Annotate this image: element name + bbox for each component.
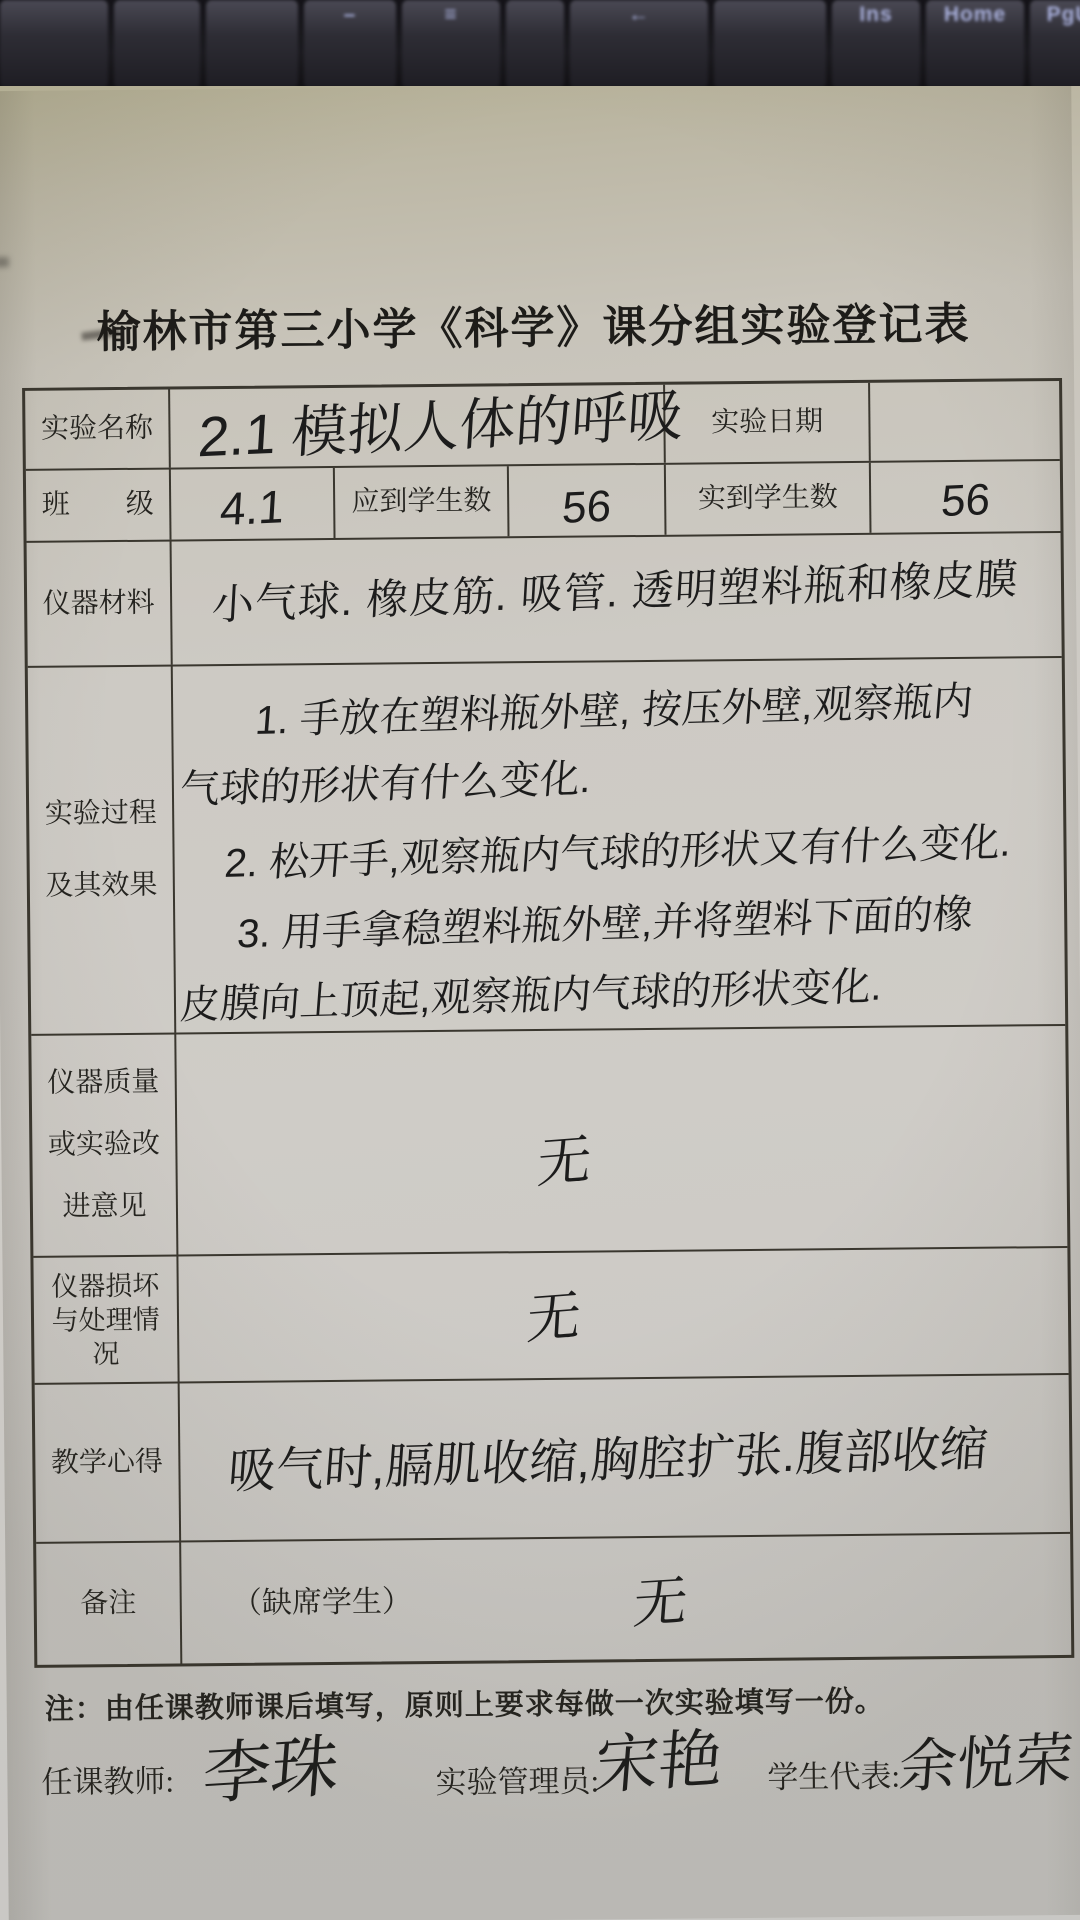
key-label: Ins <box>832 3 920 27</box>
expected-students-handwriting: 56 <box>561 481 613 533</box>
class-value-cell: 4.1 <box>171 468 336 540</box>
row-process: 实验过程 及其效果 1. 手放在塑料瓶外壁, 按压外壁,观察瓶内 气球的形状有什… <box>28 658 1065 1036</box>
remarks-label: 备注 <box>36 1542 182 1664</box>
expected-students-value-cell: 56 <box>509 465 667 537</box>
damage-none-handwriting: 无 <box>525 1272 584 1354</box>
remarks-none-handwriting: 无 <box>631 1558 691 1639</box>
damage-label-line: 况 <box>92 1337 119 1371</box>
actual-students-label: 实到学生数 <box>666 463 871 535</box>
key-label: Home <box>926 3 1024 27</box>
form-title: 榆林市第三小学《科学》课分组实验登记表 <box>0 287 1074 361</box>
process-value-cell: 1. 手放在塑料瓶外壁, 按压外壁,观察瓶内 气球的形状有什么变化. 2. 松开… <box>173 658 1065 1033</box>
experiment-name-value-cell: 2.1 模拟人体的呼吸 <box>170 385 666 468</box>
materials-label: 仪器材料 <box>27 542 173 666</box>
quality-label-line: 或实验改 <box>48 1125 160 1166</box>
signature-row: 任课教师: 李珠 实验管理员: 宋艳 学生代表: 余悦荣 苏怡 <box>0 86 1071 91</box>
reflection-handwriting: 吸气时,膈肌收缩,胸腔扩张.腹部收缩 <box>226 1410 991 1502</box>
keyboard-key: – <box>304 0 396 88</box>
form-sheet: 榆林市第三小学《科学》课分组实验登记表 实验名称 2.1 模拟人体的呼吸 实验日… <box>0 86 1080 1920</box>
teacher-signature-handwriting: 李珠 <box>200 1712 343 1818</box>
keyboard-key <box>0 0 108 88</box>
materials-handwriting: 小气球. 橡皮筋. 吸管. 透明塑料瓶和橡皮膜 <box>211 546 1021 632</box>
process-step-handwriting: 1. 手放在塑料瓶外壁, 按压外壁,观察瓶内 <box>253 666 976 757</box>
paper-form-photo: 榆林市第三小学《科学》课分组实验登记表 实验名称 2.1 模拟人体的呼吸 实验日… <box>0 86 1080 1920</box>
keyboard-key <box>714 0 826 88</box>
row-experiment-name: 实验名称 2.1 模拟人体的呼吸 实验日期 <box>25 381 1060 471</box>
materials-value-cell: 小气球. 橡皮筋. 吸管. 透明塑料瓶和橡皮膜 <box>172 533 1062 665</box>
row-materials: 仪器材料 小气球. 橡皮筋. 吸管. 透明塑料瓶和橡皮膜 <box>27 533 1062 668</box>
keyboard-key <box>506 0 564 88</box>
quality-label: 仪器质量 或实验改 进意见 <box>31 1034 178 1255</box>
manager-signature-handwriting: 宋艳 <box>592 1707 727 1808</box>
row-damage: 仪器损坏 与处理情 况 无 <box>33 1248 1068 1385</box>
keyboard-key: ≡ <box>402 0 500 88</box>
row-class-counts: 班 级 4.1 应到学生数 56 实到学生数 56 <box>26 461 1061 543</box>
process-label-line: 实验过程 <box>45 793 157 836</box>
quality-label-line: 仪器质量 <box>47 1063 159 1104</box>
damage-label: 仪器损坏 与处理情 况 <box>33 1256 179 1382</box>
row-reflection: 教学心得 吸气时,膈肌收缩,胸腔扩张.腹部收缩 <box>35 1375 1070 1544</box>
keyboard-key-ins: Ins <box>832 0 920 88</box>
process-step-handwriting: 气球的形状有什么变化. <box>177 744 594 826</box>
damage-value-cell: 无 <box>179 1248 1069 1382</box>
reflection-value-cell: 吸气时,膈肌收缩,胸腔扩张.腹部收缩 <box>180 1375 1070 1541</box>
damage-label-line: 与处理情 <box>51 1302 159 1337</box>
student-signature-label: 学生代表: <box>767 1751 900 1797</box>
keyboard-key <box>206 0 298 88</box>
damage-label-line: 仪器损坏 <box>51 1268 159 1303</box>
key-label: ≡ <box>402 3 500 27</box>
quality-value-cell: 无 <box>176 1026 1067 1255</box>
row-quality: 仪器质量 或实验改 进意见 无 <box>31 1026 1067 1258</box>
key-label: – <box>304 3 396 27</box>
quality-none-handwriting: 无 <box>535 1116 594 1198</box>
experiment-date-label: 实验日期 <box>665 383 871 463</box>
reflection-label: 教学心得 <box>35 1383 182 1541</box>
experiment-name-handwriting: 2.1 模拟人体的呼吸 <box>196 372 686 474</box>
footer-note: 注：由任课教师课后填写，原则上要求每做一次实验填写一份。 <box>45 1679 885 1728</box>
actual-students-handwriting: 56 <box>940 475 992 527</box>
keyboard-key <box>114 0 200 88</box>
actual-students-value-cell: 56 <box>871 461 1061 533</box>
class-handwriting: 4.1 <box>219 479 286 536</box>
experiment-name-label: 实验名称 <box>25 390 171 469</box>
paper-smudge <box>0 257 9 267</box>
keyboard-photo-band: – ≡ ← Ins Home PgUp <box>0 0 1080 88</box>
experiment-registration-table: 实验名称 2.1 模拟人体的呼吸 实验日期 班 级 4.1 应到学生数 56 <box>22 378 1074 1668</box>
student-signature-handwriting: 余悦荣 苏怡 <box>896 1706 1080 1804</box>
teacher-signature-label: 任课教师: <box>41 1756 174 1802</box>
keyboard-key-pgup: PgUp <box>1030 0 1080 88</box>
process-label-line: 及其效果 <box>45 865 157 908</box>
keyboard-key-backspace: ← <box>570 0 708 88</box>
remarks-value-cell: （缺席学生） 无 <box>181 1534 1071 1664</box>
experiment-date-value-cell <box>870 381 1060 461</box>
remarks-hint: （缺席学生） <box>232 1576 412 1622</box>
backspace-arrow-icon: ← <box>570 3 708 27</box>
manager-signature-label: 实验管理员: <box>435 1755 599 1802</box>
expected-students-label: 应到学生数 <box>335 466 510 538</box>
process-label: 实验过程 及其效果 <box>28 667 177 1034</box>
class-label: 班 级 <box>26 470 172 541</box>
keyboard-key-home: Home <box>926 0 1024 88</box>
row-remarks: 备注 （缺席学生） 无 <box>36 1534 1071 1665</box>
key-label: PgUp <box>1030 3 1080 27</box>
quality-label-line: 进意见 <box>62 1187 146 1228</box>
